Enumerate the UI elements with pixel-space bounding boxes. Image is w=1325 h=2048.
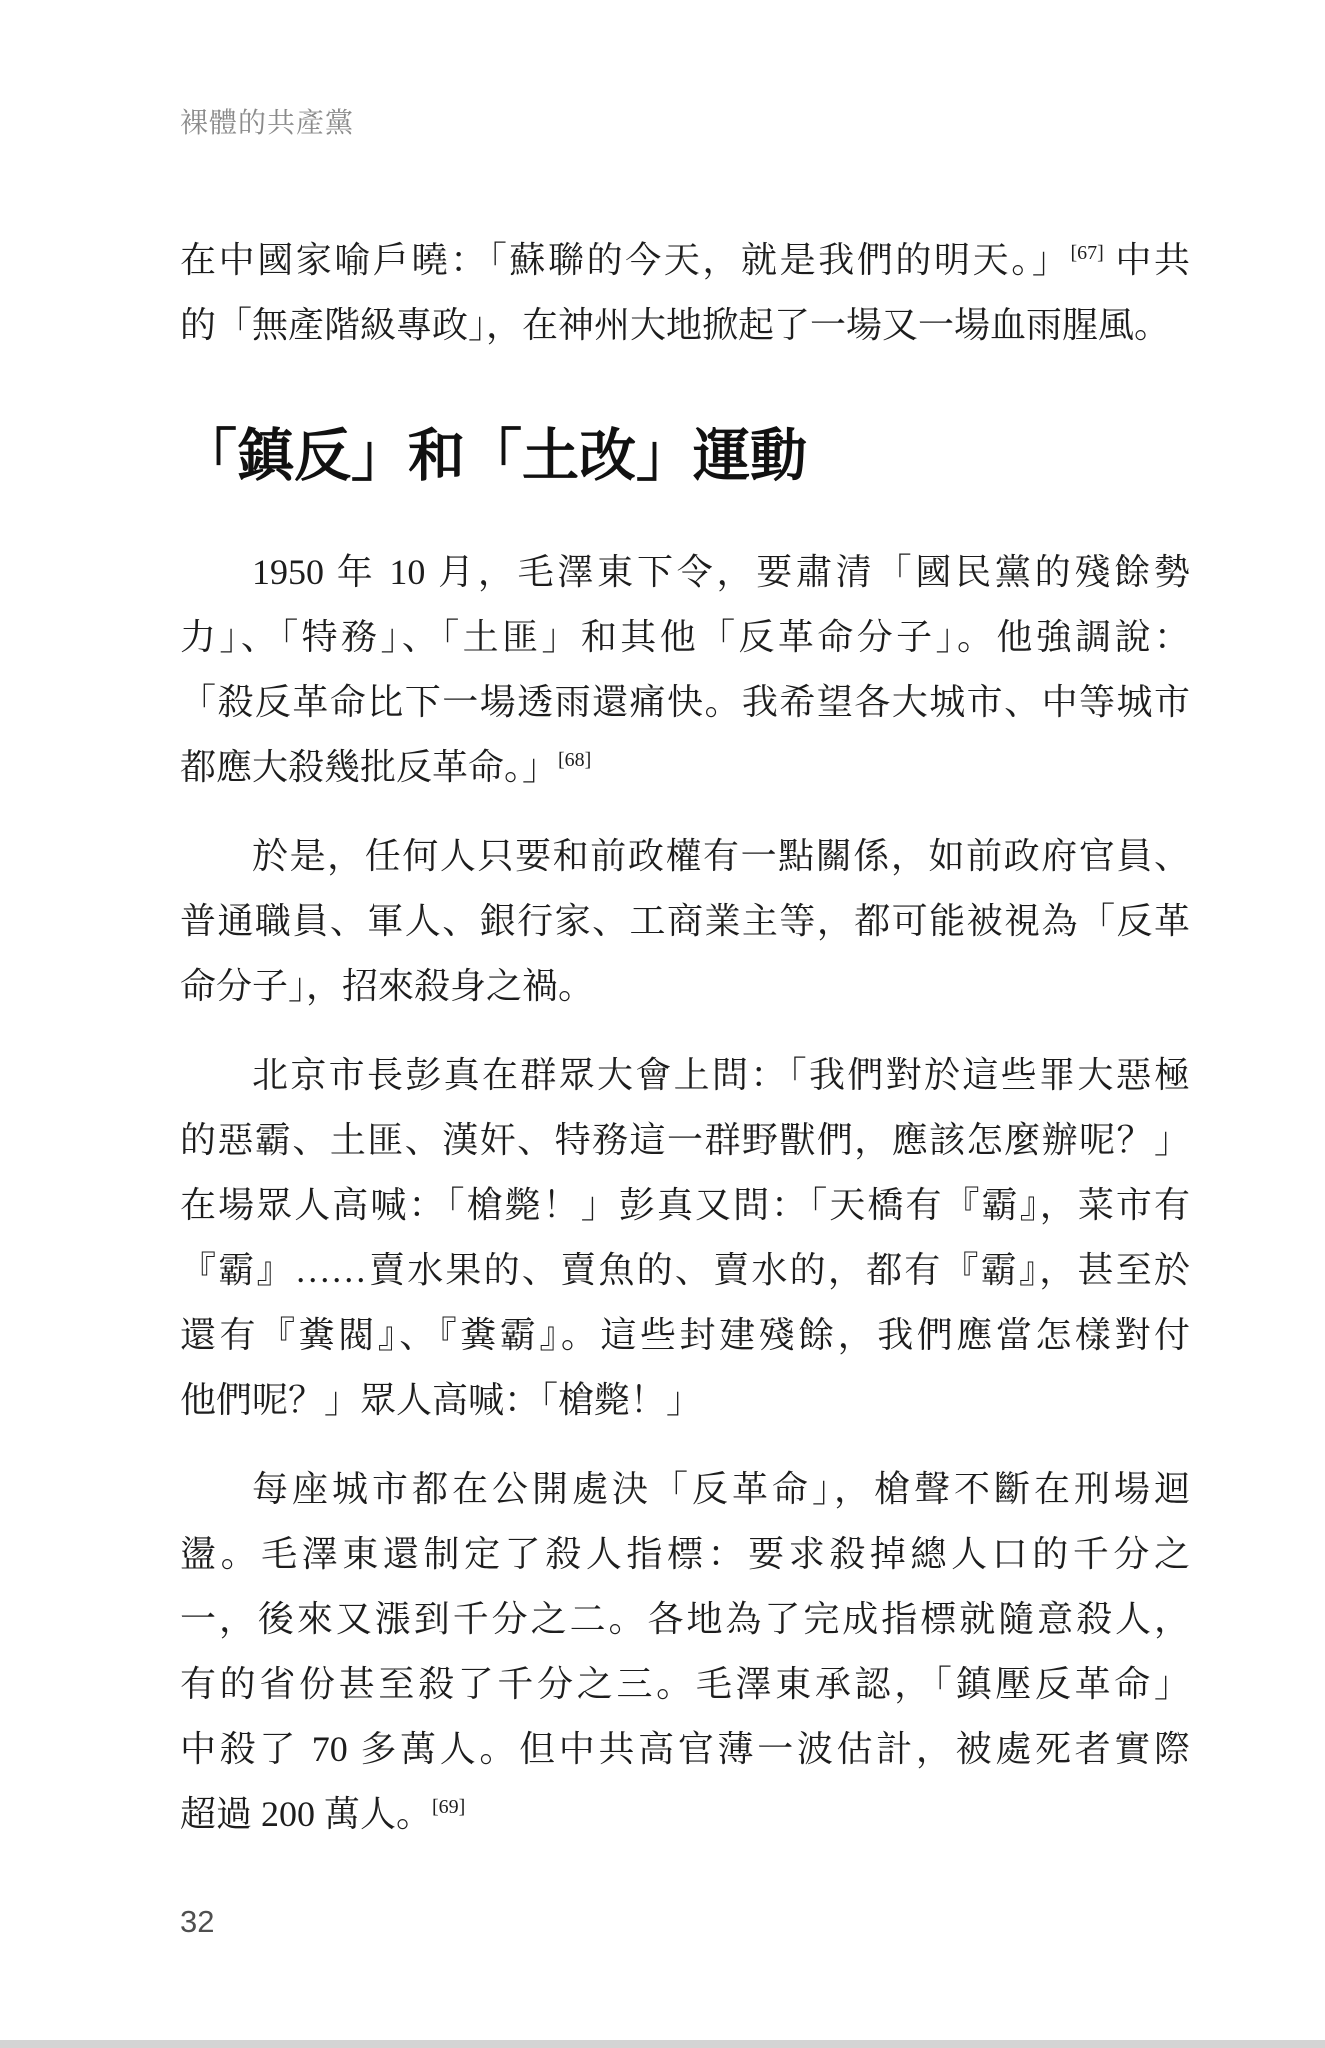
text-line: 中殺了 70 多萬人。但中共高官薄一波估計，被處死者實際 (180, 1717, 1190, 1782)
text-line: 1950 年 10 月，毛澤東下令，要肅清「國民黨的殘餘勢 (180, 540, 1190, 605)
text-run: 於是，任何人只要和前政權有一點關係，如前政府官員、 (252, 836, 1190, 876)
text-line: 在中國家喻戶曉：「蘇聯的今天，就是我們的明天。」[67] 中共 (180, 228, 1190, 293)
text-run: 在場眾人高喊：「槍斃！」彭真又問：「天橋有『霸』，菜市有 (180, 1185, 1190, 1225)
footnote-ref: [67] (1070, 242, 1103, 264)
running-header: 裸體的共產黨 (180, 0, 1190, 140)
text-line: 還有『糞閥』、『糞霸』。這些封建殘餘，我們應當怎樣對付 (180, 1303, 1190, 1368)
text-run: 中殺了 70 多萬人。但中共高官薄一波估計，被處死者實際 (180, 1729, 1190, 1769)
text-run: 有的省份甚至殺了千分之三。毛澤東承認，「鎮壓反革命」 (180, 1664, 1190, 1704)
paragraph: 於是，任何人只要和前政權有一點關係，如前政府官員、普通職員、軍人、銀行家、工商業… (180, 824, 1190, 1019)
text-run: 1950 年 10 月，毛澤東下令，要肅清「國民黨的殘餘勢 (252, 552, 1190, 592)
text-line: 力」、「特務」、「土匪」和其他「反革命分子」。他強調說： (180, 605, 1190, 670)
text-line: 超過 200 萬人。[69] (180, 1782, 1190, 1847)
text-run: 在中國家喻戶曉：「蘇聯的今天，就是我們的明天。」 (180, 240, 1070, 280)
text-line: 『霸』……賣水果的、賣魚的、賣水的，都有『霸』，甚至於 (180, 1238, 1190, 1303)
text-run: 「殺反革命比下一場透雨還痛快。我希望各大城市、中等城市 (180, 682, 1190, 722)
text-line: 「殺反革命比下一場透雨還痛快。我希望各大城市、中等城市 (180, 670, 1190, 735)
text-run: 普通職員、軍人、銀行家、工商業主等，都可能被視為「反革 (180, 901, 1190, 941)
page-body: 在中國家喻戶曉：「蘇聯的今天，就是我們的明天。」[67] 中共的「無產階級專政」… (180, 228, 1190, 1847)
text-line: 普通職員、軍人、銀行家、工商業主等，都可能被視為「反革 (180, 889, 1190, 954)
text-run: 的惡霸、土匪、漢奸、特務這一群野獸們，應該怎麼辦呢？」 (180, 1120, 1190, 1160)
text-line: 北京市長彭真在群眾大會上問：「我們對於這些罪大惡極 (180, 1043, 1190, 1108)
text-line: 於是，任何人只要和前政權有一點關係，如前政府官員、 (180, 824, 1190, 889)
text-line: 在場眾人高喊：「槍斃！」彭真又問：「天橋有『霸』，菜市有 (180, 1173, 1190, 1238)
text-run: 都應大殺幾批反革命。」 (180, 747, 558, 787)
text-run: 每座城市都在公開處決「反革命」，槍聲不斷在刑場迴 (252, 1469, 1190, 1509)
text-line: 盪。毛澤東還制定了殺人指標：要求殺掉總人口的千分之 (180, 1522, 1190, 1587)
text-line: 有的省份甚至殺了千分之三。毛澤東承認，「鎮壓反革命」 (180, 1652, 1190, 1717)
text-run: 他們呢？」眾人高喊：「槍斃！」 (180, 1380, 702, 1420)
text-line: 都應大殺幾批反革命。」[68] (180, 735, 1190, 800)
intro-paragraphs: 在中國家喻戶曉：「蘇聯的今天，就是我們的明天。」[67] 中共的「無產階級專政」… (180, 228, 1190, 358)
text-run: 盪。毛澤東還制定了殺人指標：要求殺掉總人口的千分之 (180, 1534, 1190, 1574)
footnote-ref: [69] (432, 1796, 465, 1818)
page-number: 32 (180, 1903, 1190, 1941)
text-run: 北京市長彭真在群眾大會上問：「我們對於這些罪大惡極 (252, 1055, 1190, 1095)
text-run: 一，後來又漲到千分之二。各地為了完成指標就隨意殺人， (180, 1599, 1190, 1639)
bottom-edge-bar (0, 2040, 1325, 2048)
text-run: 命分子」，招來殺身之禍。 (180, 966, 594, 1006)
text-run: 中共 (1104, 240, 1190, 280)
paragraph: 在中國家喻戶曉：「蘇聯的今天，就是我們的明天。」[67] 中共的「無產階級專政」… (180, 228, 1190, 358)
paragraph: 北京市長彭真在群眾大會上問：「我們對於這些罪大惡極的惡霸、土匪、漢奸、特務這一群… (180, 1043, 1190, 1433)
text-line: 一，後來又漲到千分之二。各地為了完成指標就隨意殺人， (180, 1587, 1190, 1652)
section-heading: 「鎮反」和「土改」運動 (180, 420, 1190, 494)
text-run: 『霸』……賣水果的、賣魚的、賣水的，都有『霸』，甚至於 (180, 1250, 1190, 1290)
text-line: 的惡霸、土匪、漢奸、特務這一群野獸們，應該怎麼辦呢？」 (180, 1108, 1190, 1173)
text-line: 的「無產階級專政」，在神州大地掀起了一場又一場血雨腥風。 (180, 293, 1190, 358)
text-run: 超過 200 萬人。 (180, 1794, 432, 1834)
text-line: 他們呢？」眾人高喊：「槍斃！」 (180, 1368, 1190, 1433)
book-page: 裸體的共產黨 在中國家喻戶曉：「蘇聯的今天，就是我們的明天。」[67] 中共的「… (0, 0, 1325, 2048)
paragraph: 每座城市都在公開處決「反革命」，槍聲不斷在刑場迴盪。毛澤東還制定了殺人指標：要求… (180, 1457, 1190, 1847)
text-run: 還有『糞閥』、『糞霸』。這些封建殘餘，我們應當怎樣對付 (180, 1315, 1190, 1355)
text-run: 的「無產階級專政」，在神州大地掀起了一場又一場血雨腥風。 (180, 305, 1170, 345)
paragraph: 1950 年 10 月，毛澤東下令，要肅清「國民黨的殘餘勢力」、「特務」、「土匪… (180, 540, 1190, 800)
text-run: 力」、「特務」、「土匪」和其他「反革命分子」。他強調說： (180, 617, 1190, 657)
footnote-ref: [68] (558, 749, 591, 771)
text-line: 每座城市都在公開處決「反革命」，槍聲不斷在刑場迴 (180, 1457, 1190, 1522)
text-line: 命分子」，招來殺身之禍。 (180, 954, 1190, 1019)
section-paragraphs: 1950 年 10 月，毛澤東下令，要肅清「國民黨的殘餘勢力」、「特務」、「土匪… (180, 540, 1190, 1847)
